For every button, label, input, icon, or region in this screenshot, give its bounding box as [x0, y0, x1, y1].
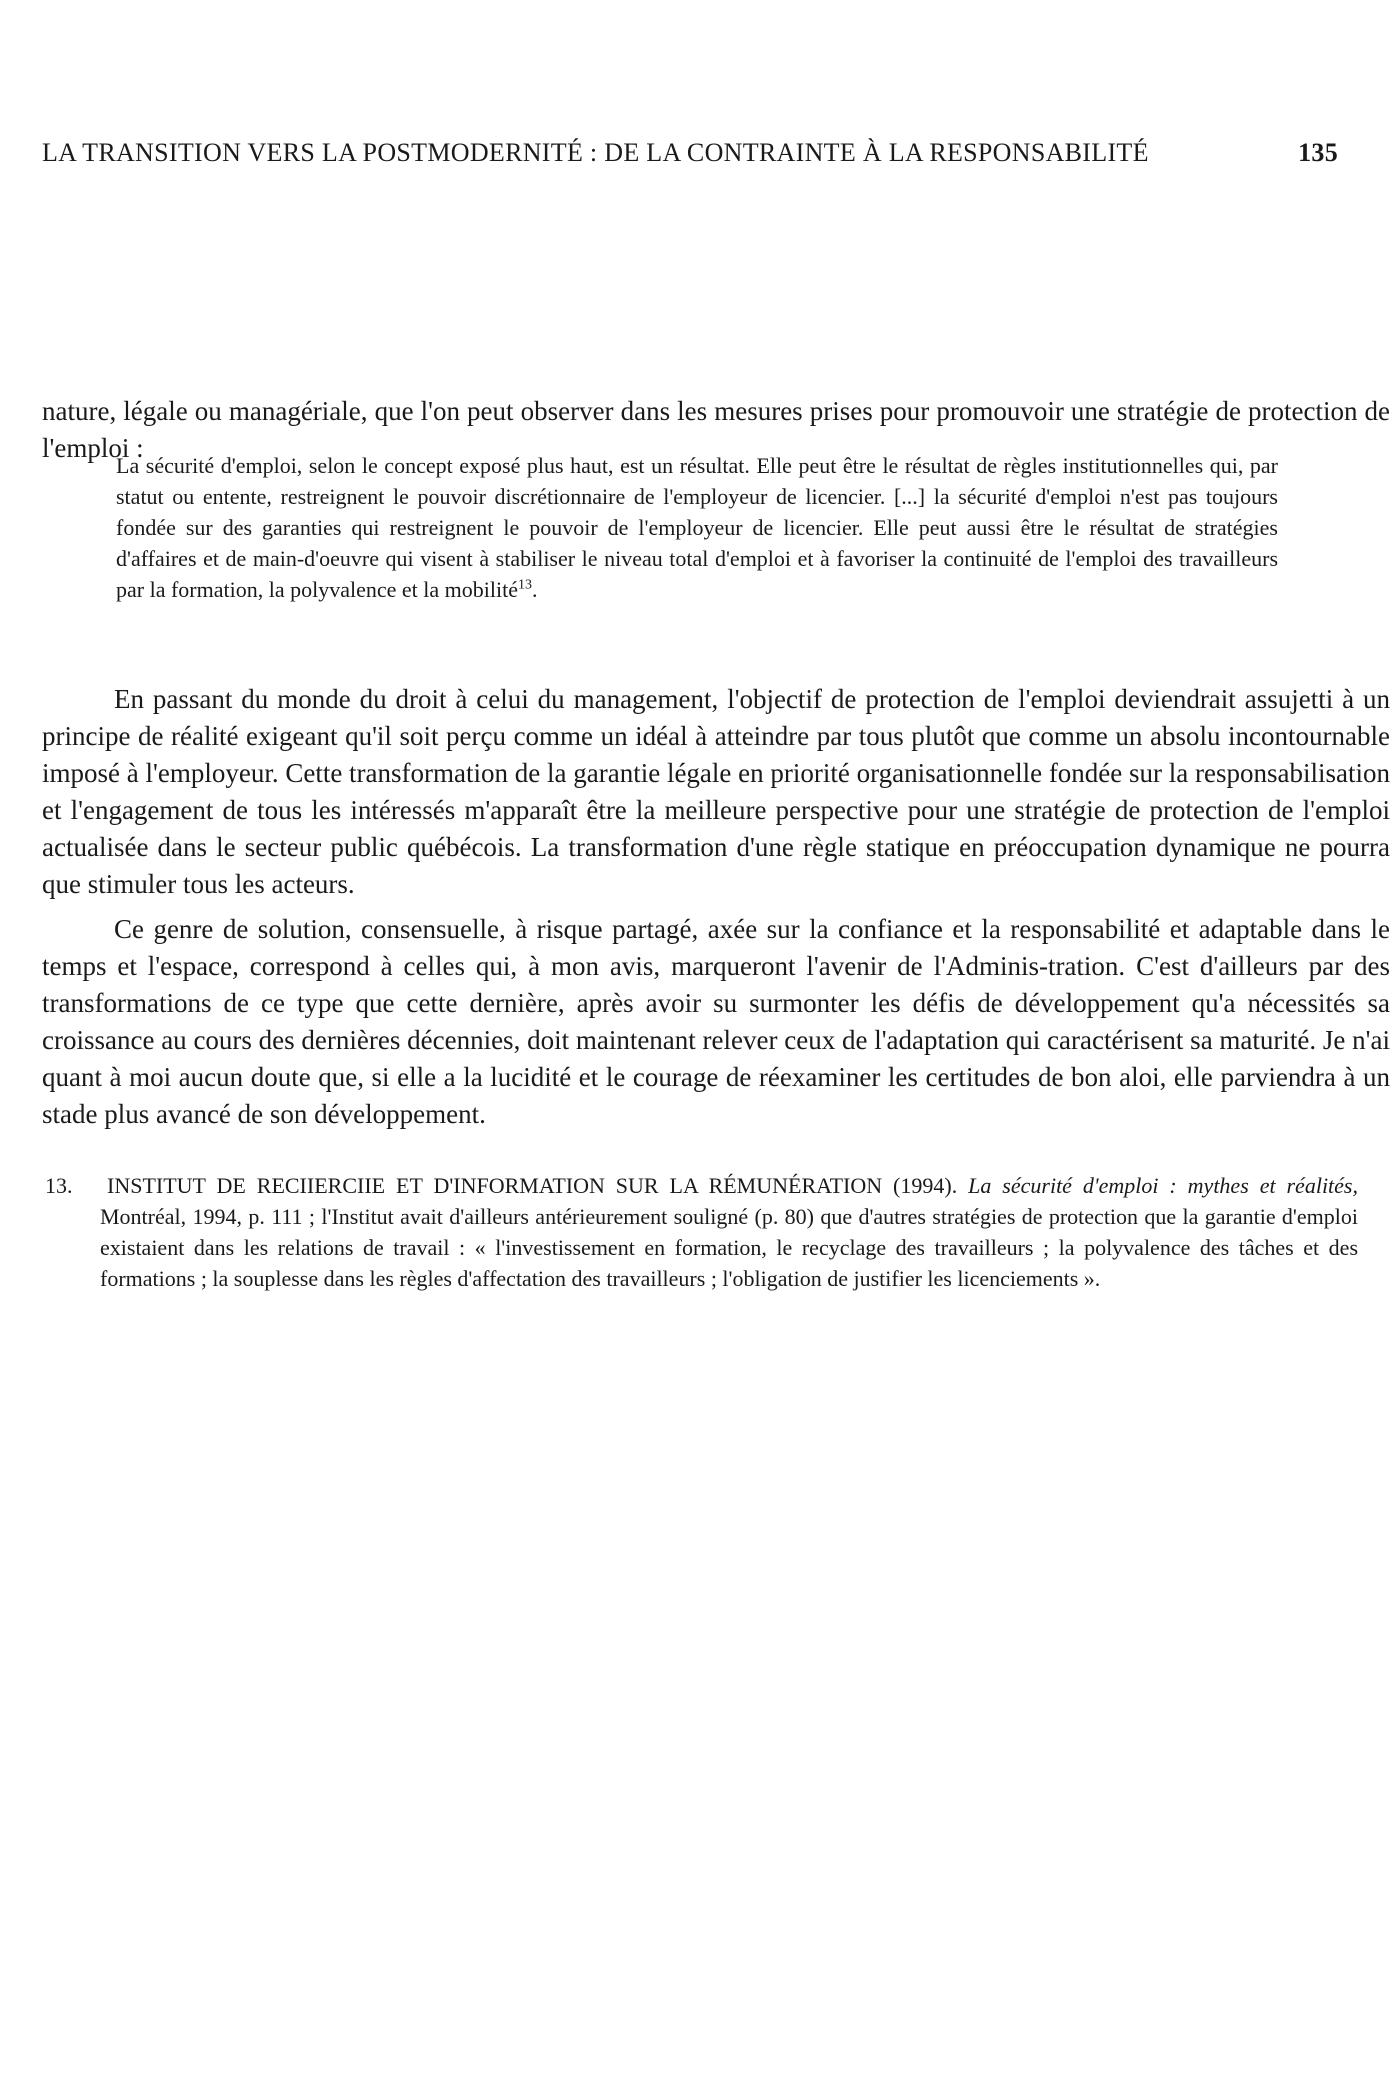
footnote-text: INSTITUT DE RECIIERCIIE ET D'INFORMATION…: [42, 1170, 1358, 1294]
footnote-reference-superscript: 13: [518, 578, 532, 593]
footnote-citation-title: La sécurité d'emploi : mythes et réalité…: [968, 1173, 1358, 1198]
body-paragraph-2: En passant du monde du droit à celui du …: [42, 681, 1390, 903]
footnote-segment-source: INSTITUT DE RECIIERCIIE ET D'INFORMATION…: [107, 1173, 968, 1198]
page-number: 135: [1298, 138, 1338, 168]
body-paragraph-3: Ce genre de solution, consensuelle, à ri…: [42, 911, 1390, 1133]
block-quote-final-period: .: [532, 577, 538, 602]
document-page: LA TRANSITION VERS LA POSTMODERNITÉ : DE…: [0, 0, 1400, 2100]
block-quote-text: La sécurité d'emploi, selon le concept e…: [116, 453, 1278, 602]
running-header-title: LA TRANSITION VERS LA POSTMODERNITÉ : DE…: [42, 138, 1149, 168]
block-quote: La sécurité d'emploi, selon le concept e…: [116, 450, 1278, 605]
footnote-number: 13.: [45, 1170, 73, 1201]
footnote-13: 13. INSTITUT DE RECIIERCIIE ET D'INFORMA…: [42, 1170, 1358, 1294]
footnote-segment-details: Montréal, 1994, p. 111 ; l'Institut avai…: [100, 1204, 1358, 1291]
running-header: LA TRANSITION VERS LA POSTMODERNITÉ : DE…: [42, 138, 1338, 168]
